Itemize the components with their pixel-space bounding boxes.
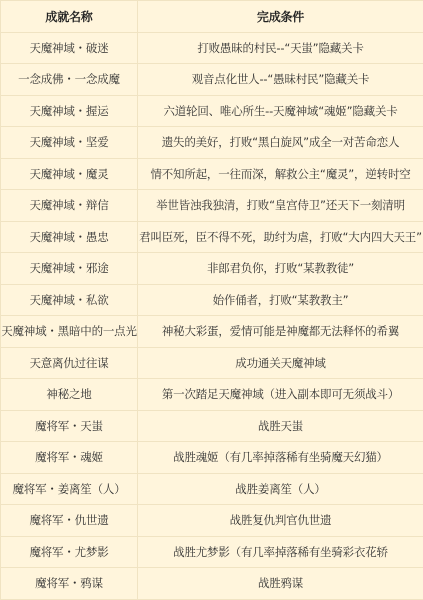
achievement-name: 魔将军・姜离笙（人） — [1, 473, 138, 505]
table-row: 天魔神域・私欲 始作俑者，打败“某教教主” — [1, 284, 423, 316]
completion-condition: 战胜姜离笙（人） — [138, 473, 423, 505]
achievement-name: 魔将军・魂姬 — [1, 442, 138, 474]
table-row: 天魔神域・坚爱 遗失的美好，打败“黑白旋风”成全一对苦命恋人 — [1, 127, 423, 159]
header-completion-condition: 完成条件 — [138, 1, 423, 33]
achievement-name: 天魔神域・辩信 — [1, 190, 138, 222]
completion-condition: 打败愚昧的村民--“天蚩”隐藏关卡 — [138, 32, 423, 64]
achievement-name: 天魔神域・邪途 — [1, 253, 138, 285]
achievement-name: 天意离仇过往谋 — [1, 347, 138, 379]
achievement-name: 天魔神域・破迷 — [1, 32, 138, 64]
completion-condition: 六道轮回、唯心所生--天魔神域“魂姬”隐藏关卡 — [138, 95, 423, 127]
achievement-name: 魔将军・鸦谋 — [1, 568, 138, 600]
achievement-table: 成就名称 完成条件 天魔神域・破迷 打败愚昧的村民--“天蚩”隐藏关卡 一念成佛… — [0, 0, 423, 600]
table-row: 天魔神域・魔灵 情不知所起，一往而深，解救公主“魔灵”，逆转时空 — [1, 158, 423, 190]
table-row: 天魔神域・破迷 打败愚昧的村民--“天蚩”隐藏关卡 — [1, 32, 423, 64]
achievement-name: 天魔神域・握运 — [1, 95, 138, 127]
achievement-name: 魔将军・尤梦影 — [1, 536, 138, 568]
completion-condition: 战胜尤梦影（有几率掉落稀有坐骑彩衣花轿 — [138, 536, 423, 568]
completion-condition: 神秘大彩蛋，爱情可能是神魔都无法释怀的希翼 — [138, 316, 423, 348]
table-row: 天魔神域・邪途 非郎君负你，打败“某教教徒” — [1, 253, 423, 285]
achievement-name: 天魔神域・私欲 — [1, 284, 138, 316]
completion-condition: 遗失的美好，打败“黑白旋风”成全一对苦命恋人 — [138, 127, 423, 159]
achievement-name: 一念成佛・一念成魔 — [1, 64, 138, 96]
achievement-name: 天魔神域・魔灵 — [1, 158, 138, 190]
completion-condition: 第一次踏足天魔神域（进入副本即可无须战斗） — [138, 379, 423, 411]
table-row: 天魔神域・黑暗中的一点光 神秘大彩蛋，爱情可能是神魔都无法释怀的希翼 — [1, 316, 423, 348]
completion-condition: 观音点化世人--“愚昧村民”隐藏关卡 — [138, 64, 423, 96]
table-row: 天意离仇过往谋 成功通关天魔神域 — [1, 347, 423, 379]
table-row: 神秘之地 第一次踏足天魔神域（进入副本即可无须战斗） — [1, 379, 423, 411]
completion-condition: 始作俑者，打败“某教教主” — [138, 284, 423, 316]
completion-condition: 情不知所起，一往而深，解救公主“魔灵”，逆转时空 — [138, 158, 423, 190]
achievement-name: 天魔神域・黑暗中的一点光 — [1, 316, 138, 348]
table-row: 魔将军・尤梦影 战胜尤梦影（有几率掉落稀有坐骑彩衣花轿 — [1, 536, 423, 568]
table-row: 天魔神域・辩信 举世皆浊我独清，打败“皇宫侍卫”还天下一刻清明 — [1, 190, 423, 222]
achievement-name: 魔将军・仇世遗 — [1, 505, 138, 537]
completion-condition: 战胜天蚩 — [138, 410, 423, 442]
achievement-name: 神秘之地 — [1, 379, 138, 411]
achievement-name: 天魔神域・坚爱 — [1, 127, 138, 159]
table-header-row: 成就名称 完成条件 — [1, 1, 423, 33]
completion-condition: 君叫臣死，臣不得不死，助纣为虐，打败“大内四大天王” — [138, 221, 423, 253]
completion-condition: 非郎君负你，打败“某教教徒” — [138, 253, 423, 285]
table-row: 魔将军・姜离笙（人） 战胜姜离笙（人） — [1, 473, 423, 505]
table-row: 魔将军・鸦谋 战胜鸦谋 — [1, 568, 423, 600]
completion-condition: 战胜鸦谋 — [138, 568, 423, 600]
table-row: 魔将军・天蚩 战胜天蚩 — [1, 410, 423, 442]
completion-condition: 战胜魂姬（有几率掉落稀有坐骑魔天幻猫） — [138, 442, 423, 474]
completion-condition: 成功通关天魔神域 — [138, 347, 423, 379]
achievement-name: 天魔神域・愚忠 — [1, 221, 138, 253]
completion-condition: 战胜复仇判官仇世遗 — [138, 505, 423, 537]
completion-condition: 举世皆浊我独清，打败“皇宫侍卫”还天下一刻清明 — [138, 190, 423, 222]
table-row: 一念成佛・一念成魔 观音点化世人--“愚昧村民”隐藏关卡 — [1, 64, 423, 96]
table-row: 魔将军・魂姬 战胜魂姬（有几率掉落稀有坐骑魔天幻猫） — [1, 442, 423, 474]
achievement-name: 魔将军・天蚩 — [1, 410, 138, 442]
table-row: 天魔神域・握运 六道轮回、唯心所生--天魔神域“魂姬”隐藏关卡 — [1, 95, 423, 127]
table-row: 天魔神域・愚忠 君叫臣死，臣不得不死，助纣为虐，打败“大内四大天王” — [1, 221, 423, 253]
table-row: 魔将军・仇世遗 战胜复仇判官仇世遗 — [1, 505, 423, 537]
header-achievement-name: 成就名称 — [1, 1, 138, 33]
